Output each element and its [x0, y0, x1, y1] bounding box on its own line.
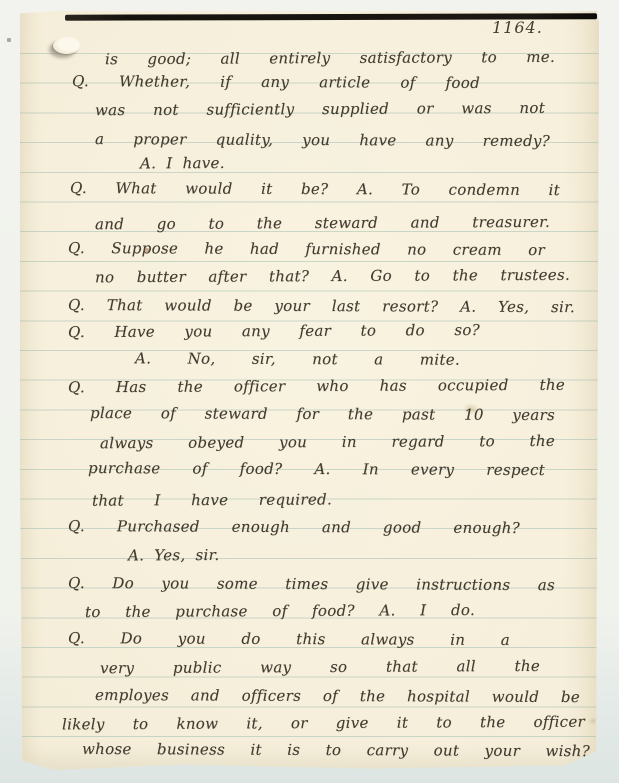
manuscript-line-2: Q. Whether, if any article of food [72, 70, 480, 96]
manuscript-line-10: Q. That would be your last resort? A. Ye… [68, 294, 575, 320]
manuscript-line-9: no butter after that? A. Go to the trust… [95, 264, 570, 290]
manuscript-line-19: A. Yes, sir. [128, 544, 278, 569]
manuscript-line-1: is good; all entirely satisfactory to me… [105, 46, 555, 72]
manuscript-line-22: Q. Do you do this always in a [68, 627, 510, 653]
manuscript-line-3: was not sufficiently supplied or was not [95, 97, 545, 123]
manuscript-line-4: a proper quality, you have any remedy? [95, 128, 550, 154]
manuscript-line-8: Q. Suppose he had furnished no cream or [68, 237, 545, 263]
manuscript-line-11: Q. Have you any fear to do so? [68, 319, 480, 345]
manuscript-line-24: employes and officers of the hospital wo… [95, 684, 580, 710]
manuscript-line-20: Q. Do you some times give instructions a… [68, 572, 555, 598]
background-speck [7, 38, 11, 42]
manuscript-line-17: that I have required. [92, 488, 332, 513]
manuscript-line-14: place of steward for the past 10 years [90, 402, 555, 428]
scanned-page: 1164. is good; all entirely satisfactory… [0, 0, 619, 783]
manuscript-line-7: and go to the steward and treasurer. [95, 211, 550, 237]
manuscript-line-21: to the purchase of food? A. I do. [85, 599, 475, 625]
manuscript-paper: 1164. is good; all entirely satisfactory… [20, 11, 599, 773]
manuscript-line-25: likely to know it, or give it to the off… [62, 711, 585, 738]
manuscript-line-6: Q. What would it be? A. To condemn it [70, 177, 560, 203]
manuscript-line-5: A. I have. [140, 152, 280, 177]
manuscript-line-23: very public way so that all the [100, 655, 540, 681]
manuscript-line-13: Q. Has the officer who has occupied the [68, 374, 565, 401]
paper-hole [53, 37, 80, 54]
paper-stain [588, 717, 598, 725]
manuscript-line-16: purchase of food? A. In every respect [88, 457, 545, 483]
page-number: 1164. [492, 18, 578, 37]
manuscript-line-26: whose business it is to carry out your w… [82, 738, 590, 764]
manuscript-line-18: Q. Purchased enough and good enough? [68, 515, 520, 541]
manuscript-line-15: always obeyed you in regard to the [100, 430, 555, 456]
manuscript-line-12: A. No, sir, not a mite. [135, 347, 460, 372]
